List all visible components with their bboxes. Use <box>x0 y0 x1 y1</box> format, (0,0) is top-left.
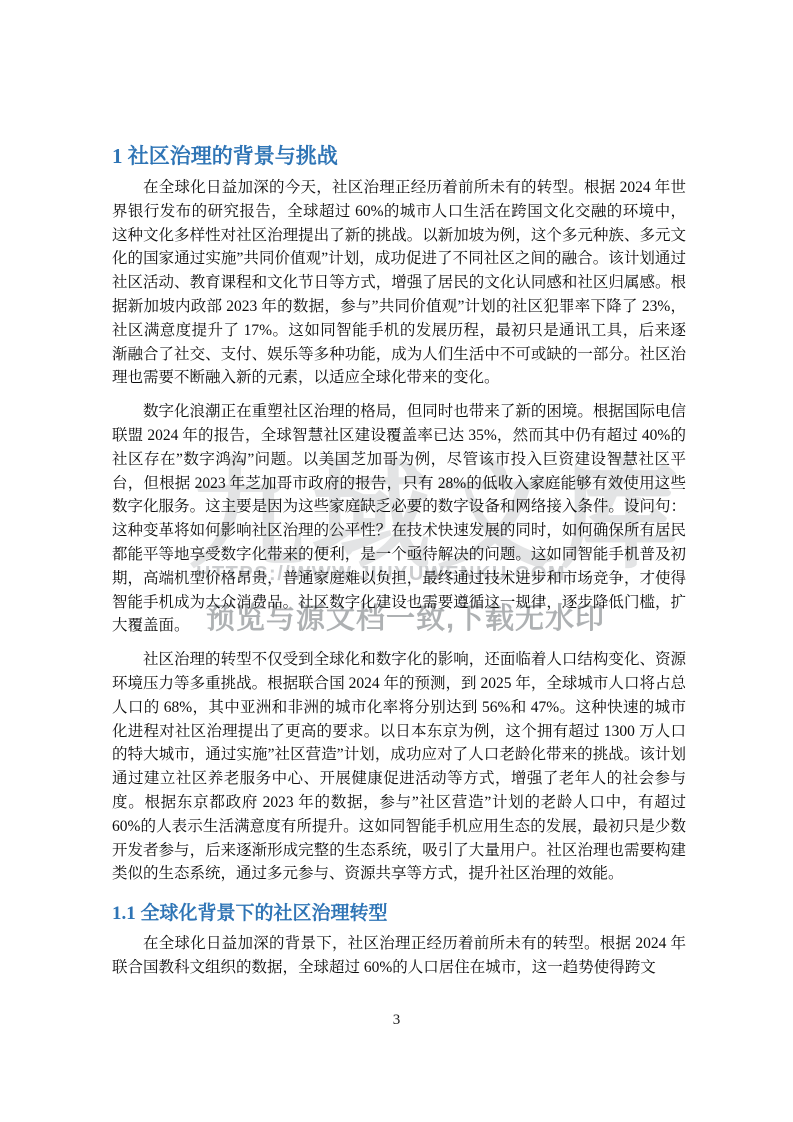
body-paragraph: 数字化浪潮正在重塑社区治理的格局，但同时也带来了新的困境。根据国际电信联盟 20… <box>112 400 686 638</box>
section-heading: 1 社区治理的背景与挑战 <box>112 143 686 170</box>
subsection-heading: 1.1 全球化背景下的社区治理转型 <box>112 901 686 926</box>
body-paragraph: 社区治理的转型不仅受到全球化和数字化的影响，还面临着人口结构变化、资源环境压力等… <box>112 648 686 886</box>
body-paragraph: 在全球化日益加深的背景下，社区治理正经历着前所未有的转型。根据 2024 年联合… <box>112 932 686 980</box>
page-number: 3 <box>0 1012 793 1029</box>
document-page: { "document": { "heading1": "1 社区治理的背景与挑… <box>0 0 793 1122</box>
body-paragraph: 在全球化日益加深的今天，社区治理正经历着前所未有的转型。根据 2024 年世界银… <box>112 176 686 390</box>
document-content: 1 社区治理的背景与挑战 在全球化日益加深的今天，社区治理正经历着前所未有的转型… <box>112 143 686 990</box>
